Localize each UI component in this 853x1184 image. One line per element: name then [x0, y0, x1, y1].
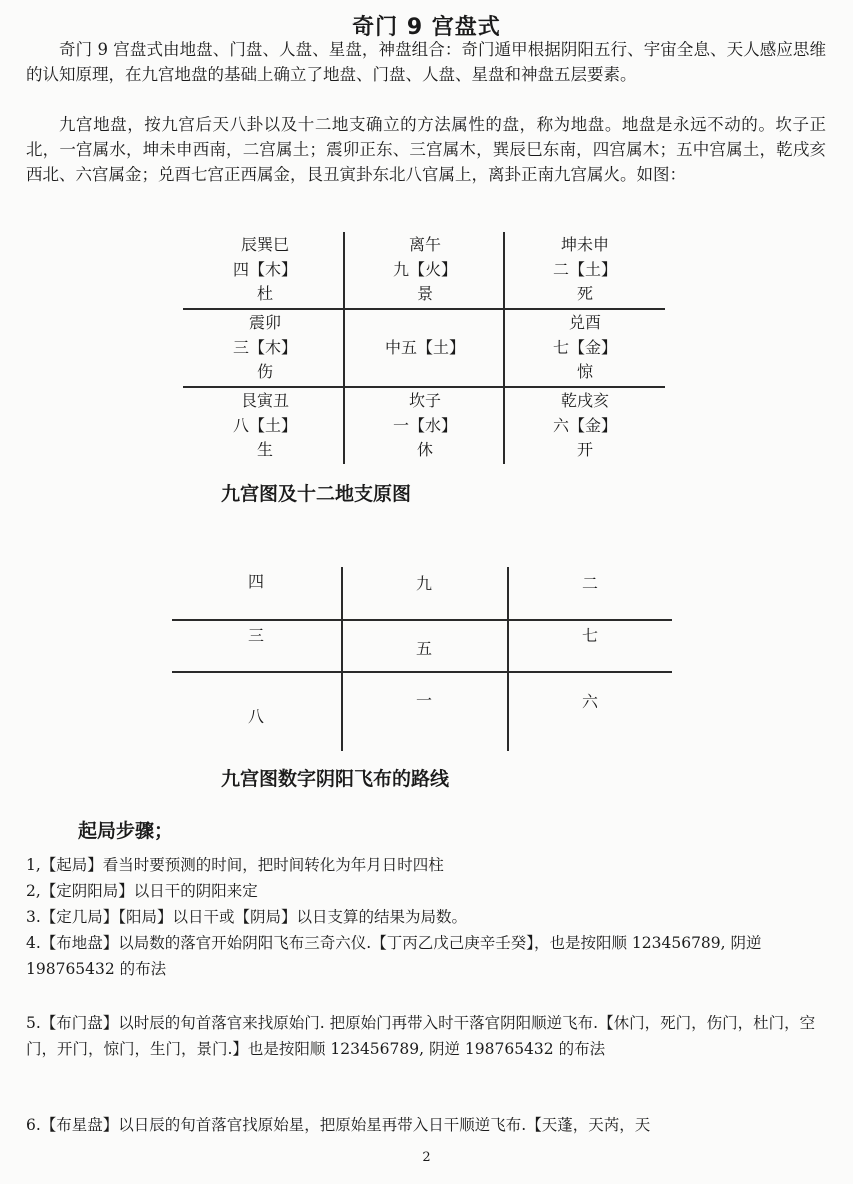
intro-paragraph: 奇门 9 宫盘式由地盘、门盘、人盘、星盘，神盘组合：奇门遁甲根据阴阳五行、宇宙全… [26, 37, 826, 87]
number-6: 六 [570, 689, 610, 712]
step-2: 2,【定阴阳局】以日干的阴阳来定 [26, 878, 826, 904]
number-3: 三 [236, 623, 276, 646]
cell-element: 六【金】 [510, 414, 660, 439]
number-2: 二 [570, 571, 610, 594]
cell-branch: 震卯 [190, 311, 340, 336]
number-9: 九 [404, 571, 444, 594]
grid-line [172, 671, 672, 673]
cell-gate: 开 [510, 438, 660, 463]
grid-line [343, 232, 345, 464]
page-number: 2 [0, 1150, 853, 1165]
cell-branch: 坤未申 [510, 233, 660, 258]
palace-cell-7: 兑酉 七【金】 惊 [510, 311, 660, 385]
cell-branch: 离午 [350, 233, 500, 258]
grid-line [183, 308, 665, 310]
cell-branch: 坎子 [350, 389, 500, 414]
cell-element: 二【土】 [510, 258, 660, 283]
cell-gate: 生 [190, 438, 340, 463]
palace-cell-4: 辰巽巳 四【木】 杜 [190, 233, 340, 307]
palace-cell-1: 坎子 一【水】 休 [350, 389, 500, 463]
cell-branch: 乾戌亥 [510, 389, 660, 414]
cell-gate: 杜 [190, 282, 340, 307]
grid-line [507, 567, 509, 751]
grid2-caption: 九宫图数字阴阳飞布的路线 [221, 764, 449, 791]
cell-element: 九【火】 [350, 258, 500, 283]
number-1: 一 [404, 688, 444, 711]
grid-line [503, 232, 505, 464]
cell-gate: 景 [350, 282, 500, 307]
number-7: 七 [570, 623, 610, 646]
grid-line [341, 567, 343, 751]
cell-branch [350, 311, 500, 336]
cell-branch: 辰巽巳 [190, 233, 340, 258]
cell-branch: 兑酉 [510, 311, 660, 336]
palace-cell-5: 中五【土】 [350, 311, 500, 385]
number-8: 八 [236, 704, 276, 727]
cell-element: 七【金】 [510, 336, 660, 361]
cell-element: 三【木】 [190, 336, 340, 361]
grid1-caption: 九宫图及十二地支原图 [221, 479, 411, 506]
step-5: 5.【布门盘】以时辰的旬首落官来找原始门. 把原始门再带入时干落官阴阳顺逆飞布.… [26, 1010, 826, 1062]
palace-cell-3: 震卯 三【木】 伤 [190, 311, 340, 385]
palace-cell-9: 离午 九【火】 景 [350, 233, 500, 307]
step-6: 6.【布星盘】以日辰的旬首落官找原始星，把原始星再带入日干顺逆飞布.【天蓬，天芮… [26, 1112, 826, 1138]
cell-gate: 死 [510, 282, 660, 307]
number-5: 五 [404, 636, 444, 659]
palace-cell-6: 乾戌亥 六【金】 开 [510, 389, 660, 463]
grid-line [172, 619, 672, 621]
grid-line [183, 386, 665, 388]
cell-gate [350, 360, 500, 385]
cell-gate: 伤 [190, 360, 340, 385]
step-3: 3.【定几局】【阳局】以日干或【阴局】以日支算的结果为局数。 [26, 904, 826, 930]
steps-heading: 起局步骤； [78, 816, 173, 843]
cell-gate: 惊 [510, 360, 660, 385]
cell-branch: 艮寅丑 [190, 389, 340, 414]
cell-gate: 休 [350, 438, 500, 463]
cell-element: 四【木】 [190, 258, 340, 283]
cell-element: 八【土】 [190, 414, 340, 439]
palace-cell-8: 艮寅丑 八【土】 生 [190, 389, 340, 463]
step-4: 4.【布地盘】以局数的落官开始阴阳飞布三奇六仪.【丁丙乙戊己庚辛壬癸】，也是按阳… [26, 930, 826, 982]
palace-cell-2: 坤未申 二【土】 死 [510, 233, 660, 307]
cell-element: 一【水】 [350, 414, 500, 439]
number-4: 四 [236, 569, 276, 592]
di-pan-paragraph: 九宫地盘，按九宫后天八卦以及十二地支确立的方法属性的盘，称为地盘。地盘是永远不动… [26, 112, 826, 187]
cell-element: 中五【土】 [350, 336, 500, 361]
step-1: 1,【起局】看当时要预测的时间，把时间转化为年月日时四柱 [26, 852, 826, 878]
